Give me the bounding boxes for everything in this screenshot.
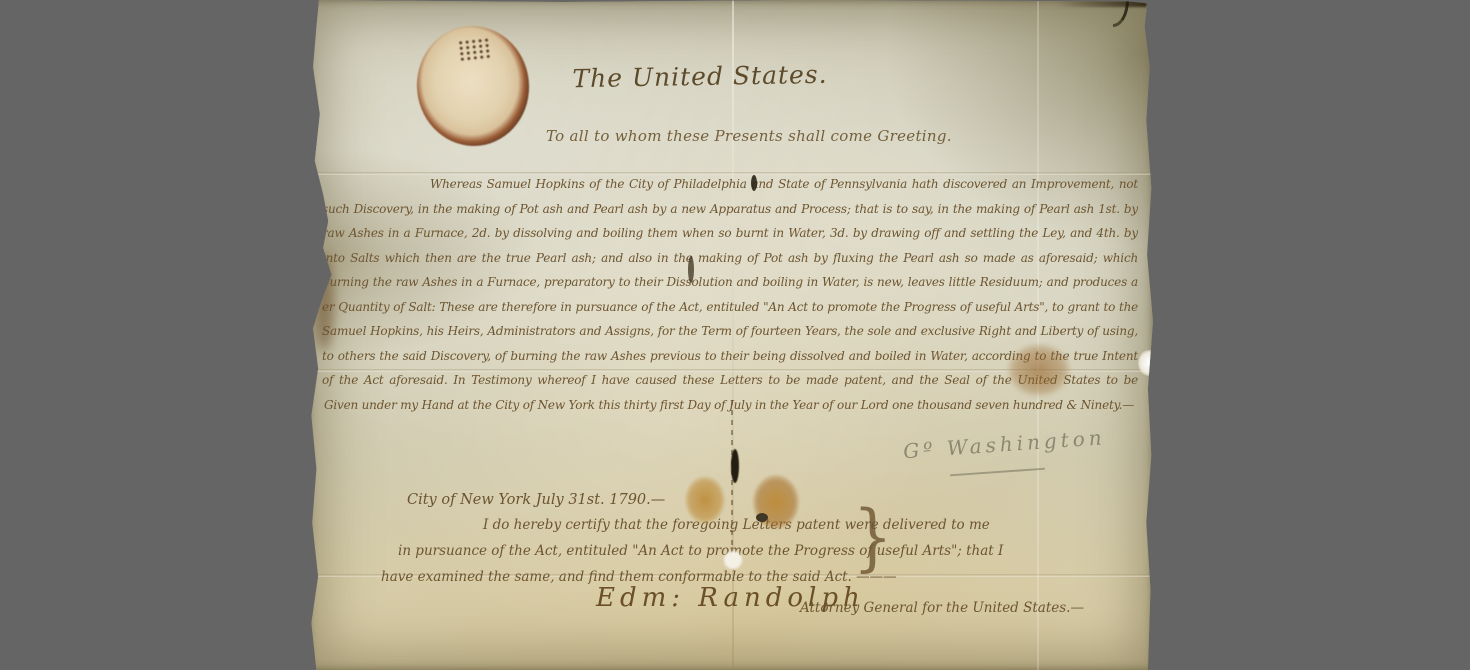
ink-blot <box>731 449 739 483</box>
embossed-paper-seal-icon <box>411 20 535 151</box>
body-line: Whereas Samuel Hopkins of the City of Ph… <box>322 172 1138 197</box>
body-line: burning the raw Ashes in a Furnace, prep… <box>322 270 1138 295</box>
parchment-hole <box>1138 350 1160 376</box>
body-line: into Salts which then are the true Pearl… <box>322 246 1138 271</box>
salutation-line: To all to whom these Presents shall come… <box>546 127 952 145</box>
body-line: raw Ashes in a Furnace, 2d. by dissolvin… <box>322 221 1138 246</box>
edge-stain <box>314 255 334 350</box>
dark-edge-shadow <box>1057 0 1147 7</box>
brown-stain <box>1008 344 1070 396</box>
body-line: Given under my Hand at the City of New Y… <box>322 393 1138 418</box>
place-date-line: City of New York July 31st. 1790.— <box>407 492 665 508</box>
certification-line: I do hereby certify that the foregoing L… <box>483 517 990 533</box>
president-signature: Gº Washington <box>902 425 1113 464</box>
signature-flourish-line <box>950 468 1045 477</box>
certification-line: in pursuance of the Act, entituled "An A… <box>398 543 1003 559</box>
body-line: er Quantity of Salt: These are therefore… <box>322 295 1138 320</box>
screenshot-background: The United States. To all to whom these … <box>0 0 1470 670</box>
attorney-general-title: Attorney General for the United States.— <box>800 600 1084 616</box>
ink-blot <box>751 175 757 191</box>
letters-patent-document: The United States. To all to whom these … <box>308 0 1153 670</box>
document-title: The United States. <box>550 59 850 93</box>
body-line: Samuel Hopkins, his Heirs, Administrator… <box>322 319 1138 344</box>
certification-brace: } <box>853 493 892 579</box>
body-line: such Discovery, in the making of Pot ash… <box>322 197 1138 222</box>
wax-stain <box>685 476 725 524</box>
ink-blot <box>688 256 694 283</box>
seal-perforation-dots <box>457 37 491 62</box>
pen-hook-mark <box>1113 0 1129 27</box>
ink-dot <box>756 513 768 522</box>
